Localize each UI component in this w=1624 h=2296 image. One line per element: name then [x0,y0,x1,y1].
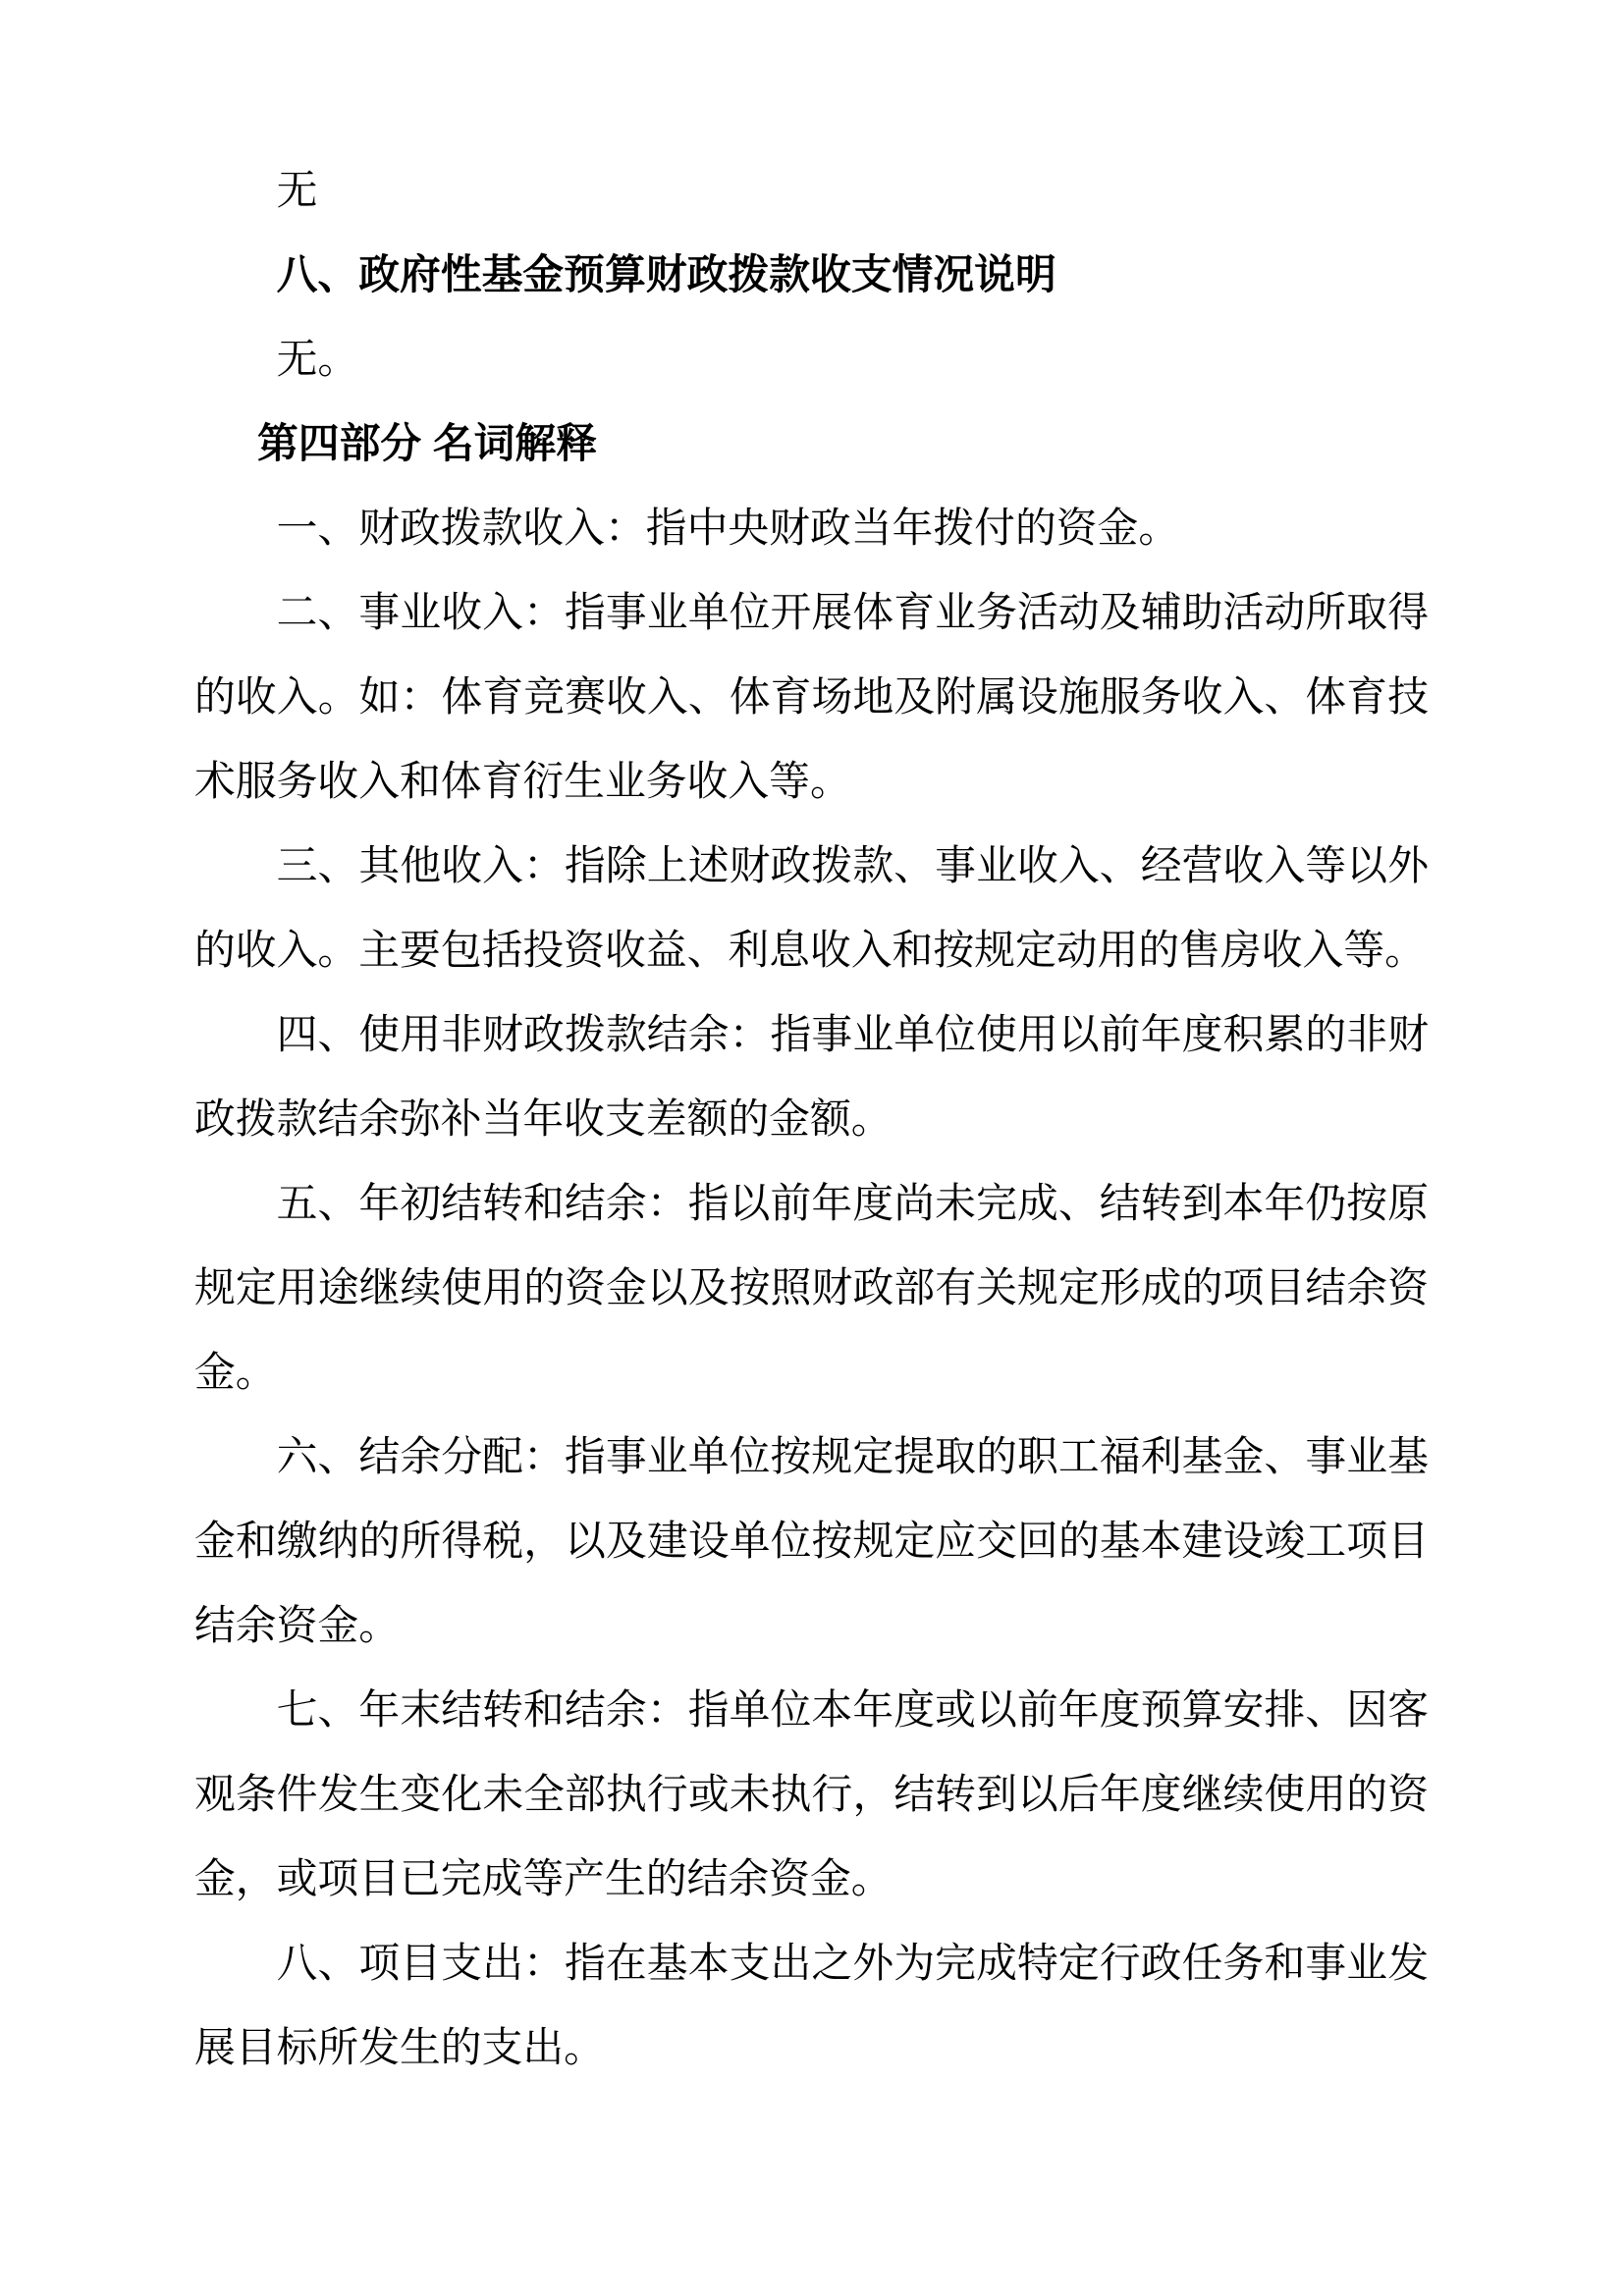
text-line: 术服务收入和体育衍生业务收入等。 [194,739,1429,824]
text-line: 展目标所发生的支出。 [194,2005,1429,2090]
section-8-heading: 八、政府性基金预算财政拨款收支情况说明 [194,233,1429,317]
text-line: 一、财政拨款收入：指中央财政当年拨付的资金。 [194,486,1429,570]
text-line: 四、使用非财政拨款结余：指事业单位使用以前年度积累的非财 [194,992,1429,1077]
definition-2: 二、事业收入：指事业单位开展体育业务活动及辅助活动所取得 的收入。如：体育竞赛收… [194,570,1429,824]
text-line: 的收入。如：体育竞赛收入、体育场地及附属设施服务收入、体育技 [194,655,1429,739]
part-4-heading: 第四部分 名词解释 [194,401,1429,486]
definition-6: 六、结余分配：指事业单位按规定提取的职工福利基金、事业基 金和缴纳的所得税，以及… [194,1415,1429,1668]
document-body: 无 八、政府性基金预算财政拨款收支情况说明 无。 第四部分 名词解释 一、财政拨… [194,148,1429,2090]
text-line: 无 [194,148,1429,233]
definition-1: 一、财政拨款收入：指中央财政当年拨付的资金。 [194,486,1429,570]
text-line: 七、年末结转和结余：指单位本年度或以前年度预算安排、因客 [194,1668,1429,1752]
definition-7: 七、年末结转和结余：指单位本年度或以前年度预算安排、因客 观条件发生变化未全部执… [194,1668,1429,1921]
text-line: 八、项目支出：指在基本支出之外为完成特定行政任务和事业发 [194,1921,1429,2005]
none-note-2: 无。 [194,317,1429,401]
heading-line: 八、政府性基金预算财政拨款收支情况说明 [194,233,1429,317]
none-note-1: 无 [194,148,1429,233]
text-line: 金。 [194,1330,1429,1415]
document-page: 无 八、政府性基金预算财政拨款收支情况说明 无。 第四部分 名词解释 一、财政拨… [0,0,1624,2296]
text-line: 五、年初结转和结余：指以前年度尚未完成、结转到本年仍按原 [194,1161,1429,1246]
definition-5: 五、年初结转和结余：指以前年度尚未完成、结转到本年仍按原 规定用途继续使用的资金… [194,1161,1429,1415]
text-line: 金和缴纳的所得税，以及建设单位按规定应交回的基本建设竣工项目 [194,1499,1429,1583]
text-line: 规定用途继续使用的资金以及按照财政部有关规定形成的项目结余资 [194,1246,1429,1330]
definition-4: 四、使用非财政拨款结余：指事业单位使用以前年度积累的非财 政拨款结余弥补当年收支… [194,992,1429,1161]
heading-line: 第四部分 名词解释 [194,401,1429,486]
text-line: 观条件发生变化未全部执行或未执行，结转到以后年度继续使用的资 [194,1752,1429,1837]
text-line: 二、事业收入：指事业单位开展体育业务活动及辅助活动所取得 [194,570,1429,655]
text-line: 六、结余分配：指事业单位按规定提取的职工福利基金、事业基 [194,1415,1429,1499]
text-line: 三、其他收入：指除上述财政拨款、事业收入、经营收入等以外 [194,824,1429,908]
definition-3: 三、其他收入：指除上述财政拨款、事业收入、经营收入等以外 的收入。主要包括投资收… [194,824,1429,992]
text-line: 的收入。主要包括投资收益、利息收入和按规定动用的售房收入等。 [194,908,1429,992]
definition-8: 八、项目支出：指在基本支出之外为完成特定行政任务和事业发 展目标所发生的支出。 [194,1921,1429,2090]
text-line: 结余资金。 [194,1583,1429,1668]
text-line: 政拨款结余弥补当年收支差额的金额。 [194,1077,1429,1161]
text-line: 金，或项目已完成等产生的结余资金。 [194,1837,1429,1921]
text-line: 无。 [194,317,1429,401]
